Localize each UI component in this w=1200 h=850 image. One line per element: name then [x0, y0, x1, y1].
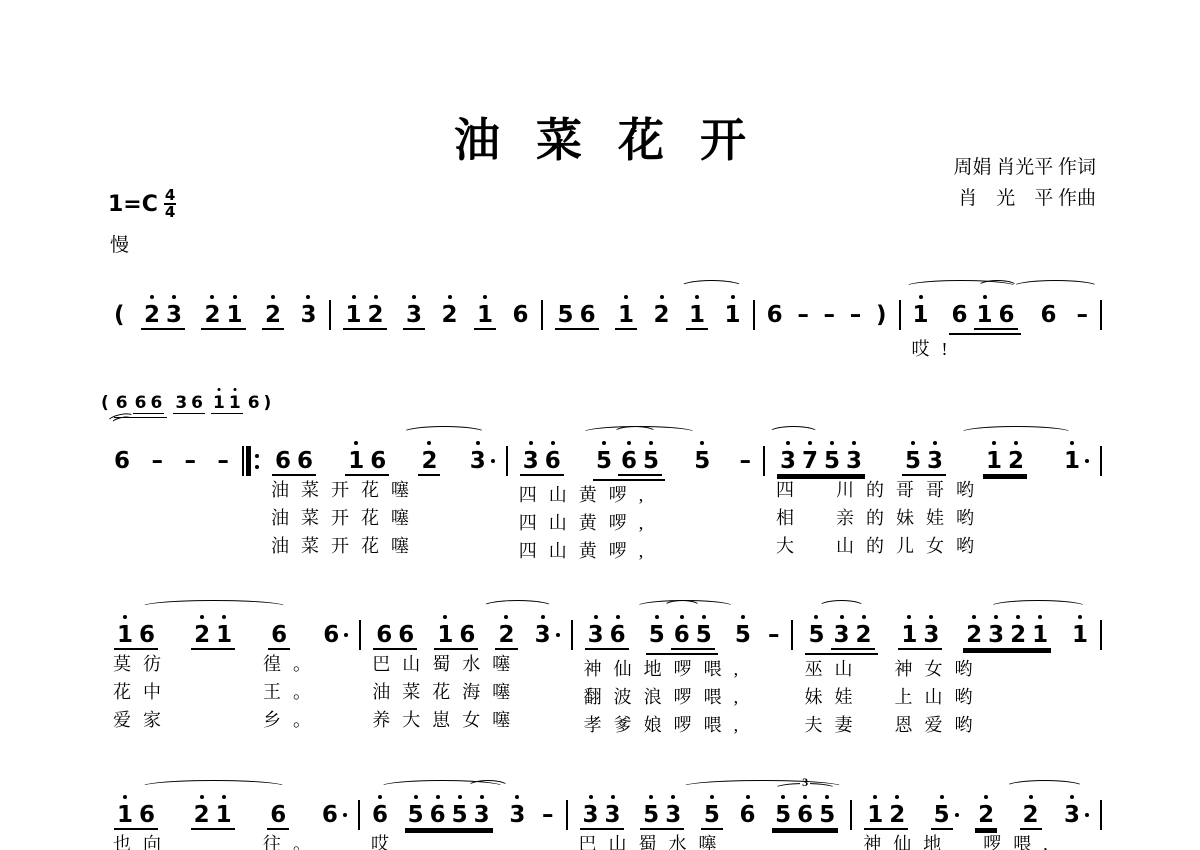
note: 6: [1041, 292, 1057, 328]
measure: (232123: [105, 278, 326, 330]
octave-dot: [374, 295, 378, 299]
tuplet-number: 3: [800, 775, 810, 790]
octave-dot: [150, 295, 154, 299]
octave-dot: [919, 295, 923, 299]
note: 6: [767, 292, 783, 328]
note: 5: [558, 292, 574, 328]
dash-note: –: [217, 438, 229, 474]
octave-dot: [210, 295, 214, 299]
beam-group: 1: [474, 292, 496, 330]
measure-notes: 365655–: [576, 598, 789, 655]
notation-row: (2321231232165612116–––)16166–哎!: [105, 278, 1105, 363]
lyric-line: 相 亲的妹娃哟: [768, 504, 1097, 532]
note: 6: [797, 792, 813, 828]
note: 6: [114, 438, 130, 474]
note: 1: [1072, 612, 1088, 648]
octave-dot: [200, 795, 204, 799]
key-label: 1=C: [108, 192, 158, 217]
note: 2: [1008, 438, 1024, 474]
lyric-line: 花中 王。: [105, 678, 356, 706]
octave-dot: [378, 795, 382, 799]
note: 3: [535, 612, 551, 648]
note: 5: [808, 612, 824, 648]
measure: 162166莫彷 徨。花中 王。爱家 乡。: [105, 598, 356, 734]
dash-note: –: [1077, 292, 1089, 328]
note: 6: [322, 792, 338, 828]
measure-notes: 16166–: [904, 278, 1098, 335]
barline: [899, 300, 901, 330]
lyric-line: 大 山的儿女哟: [768, 532, 1097, 560]
lyric-line: 四山黄啰,: [511, 537, 760, 565]
octave-dot: [814, 615, 818, 619]
augmentation-dot: [1085, 813, 1089, 817]
augmentation-dot: [344, 633, 348, 637]
note: 1: [901, 612, 917, 648]
octave-dot: [427, 441, 431, 445]
measure-notes: 6–––: [105, 424, 238, 474]
note: 6: [370, 438, 386, 474]
beam-group: 565: [646, 612, 718, 655]
augmentation-dot: [343, 813, 347, 817]
lyricist-credit: 周娟 肖光平 作词: [953, 152, 1096, 183]
note: 6: [674, 612, 690, 648]
lyric-line: 妹娃 上山哟: [796, 683, 1097, 711]
octave-dot: [983, 295, 987, 299]
octave-dot: [412, 295, 416, 299]
note: 5: [819, 792, 835, 828]
octave-dot: [808, 441, 812, 445]
parenthesis: ): [264, 386, 272, 413]
beam-group: 565: [593, 438, 665, 481]
octave-dot: [458, 795, 462, 799]
octave-dot: [895, 795, 899, 799]
dash-note: –: [850, 292, 862, 328]
octave-dot: [476, 441, 480, 445]
note: 5: [643, 438, 659, 474]
beam-group: 12: [864, 792, 908, 830]
measure: 365655–四山黄啰,四山黄啰,四山黄啰,: [511, 424, 760, 565]
lyric-line: 油菜开花噻: [263, 504, 503, 532]
composer-credit: 肖 光 平 作曲: [953, 183, 1096, 214]
measure-notes: 162166: [105, 598, 356, 650]
octave-dot: [680, 615, 684, 619]
octave-dot: [1014, 441, 1018, 445]
octave-dot: [700, 441, 704, 445]
note: 2: [654, 292, 670, 328]
note: 6: [376, 612, 392, 648]
barline: [753, 300, 755, 330]
octave-dot: [515, 795, 519, 799]
note: 3: [509, 792, 525, 828]
octave-dot: [222, 795, 226, 799]
beam-group: 11: [211, 386, 243, 414]
measure-notes: 656533–: [363, 778, 563, 830]
note: 1: [216, 612, 232, 648]
octave-dot: [233, 388, 236, 391]
lyric-line: 哎: [363, 830, 563, 850]
measure: 656533–哎: [363, 778, 563, 850]
octave-dot: [731, 295, 735, 299]
barline: [791, 620, 793, 650]
note: 1: [346, 292, 362, 328]
octave-dot: [862, 615, 866, 619]
octave-dot: [551, 441, 555, 445]
note: 6: [275, 438, 291, 474]
beam-group: 53: [640, 792, 684, 830]
octave-dot: [483, 295, 487, 299]
beam-group: 33: [580, 792, 624, 830]
note: 2: [194, 792, 210, 828]
beam-group: 66: [133, 386, 165, 414]
octave-dot: [1029, 795, 1033, 799]
measure: 365655–神仙地啰喂,翻波浪啰喂,孝爹娘啰喂,: [576, 598, 789, 739]
measure-notes: 661623: [364, 598, 567, 650]
barline: [763, 446, 765, 476]
note: 6: [398, 612, 414, 648]
dash-note: –: [824, 292, 836, 328]
octave-dot: [414, 795, 418, 799]
octave-dot: [541, 615, 545, 619]
parenthesis: ): [876, 292, 887, 328]
note: 6: [139, 792, 155, 828]
note: 1: [913, 292, 929, 328]
lyric-line: 油菜开花噻: [263, 476, 503, 504]
beam-group: 12: [343, 292, 387, 330]
note: 2: [1010, 612, 1026, 648]
octave-dot: [1078, 615, 1082, 619]
barline: [1100, 620, 1102, 650]
note: 5: [696, 612, 712, 648]
notation-row: 6–––661623油菜开花噻油菜开花噻油菜开花噻365655–四山黄啰,四山黄…: [105, 424, 1105, 565]
octave-dot: [616, 615, 620, 619]
octave-dot: [504, 615, 508, 619]
note: 2: [421, 438, 437, 474]
note: 6: [459, 612, 475, 648]
note: 2: [204, 292, 220, 328]
octave-dot: [1016, 615, 1020, 619]
note: 2: [265, 292, 281, 328]
octave-dot: [443, 615, 447, 619]
music-system-2: (66636116)6–––661623油菜开花噻油菜开花噻油菜开花噻36565…: [105, 388, 1105, 565]
note: 1: [213, 386, 225, 413]
octave-dot: [271, 295, 275, 299]
octave-dot: [746, 795, 750, 799]
beam-group: 66: [373, 612, 417, 650]
beam-group: 5: [931, 792, 953, 830]
lyric-line: 孝爹娘啰喂,: [576, 711, 789, 739]
parenthesis: (: [101, 386, 109, 413]
beam-group: 66: [272, 438, 316, 476]
time-signature: 4 4: [164, 188, 176, 220]
dash-note: –: [184, 438, 196, 474]
beam-group: 616: [949, 292, 1021, 335]
note: 1: [477, 292, 493, 328]
note: 1: [227, 292, 243, 328]
tuplet-group: 5653: [772, 792, 838, 830]
augmentation-dot: [1085, 459, 1089, 463]
note: 6: [430, 792, 446, 828]
octave-dot: [594, 615, 598, 619]
note: 3: [923, 612, 939, 648]
dash-note: –: [151, 438, 163, 474]
measure: 125223神仙地 啰喂,: [855, 778, 1097, 850]
note: 7: [802, 438, 818, 474]
barline: [329, 300, 331, 330]
note: 1: [689, 292, 705, 328]
octave-dot: [655, 615, 659, 619]
beam-group: 6: [267, 792, 289, 830]
beam-group: 1: [615, 292, 637, 330]
note: 2: [889, 792, 905, 828]
note: 5: [596, 438, 612, 474]
note: 6: [297, 438, 313, 474]
note: 3: [927, 438, 943, 474]
note: 5: [694, 438, 710, 474]
note: 1: [977, 292, 993, 328]
note: 3: [583, 792, 599, 828]
note: 2: [1023, 792, 1039, 828]
octave-dot: [172, 295, 176, 299]
octave-dot: [1038, 615, 1042, 619]
note: 1: [725, 292, 741, 328]
beam-group: 53: [902, 438, 946, 476]
lyric-line: 翻波浪啰喂,: [576, 683, 789, 711]
note: 6: [610, 612, 626, 648]
note: 1: [867, 792, 883, 828]
barline: [1100, 800, 1102, 830]
octave-dot: [695, 295, 699, 299]
beam-group: 532: [805, 612, 877, 655]
octave-dot: [710, 795, 714, 799]
octave-dot: [803, 795, 807, 799]
note: 5: [905, 438, 921, 474]
measure: 661623油菜开花噻油菜开花噻油菜开花噻: [263, 424, 503, 560]
lyric-line: 夫妻 恩爱哟: [796, 711, 1097, 739]
lyric-line: 神仙地 啰喂,: [855, 830, 1097, 850]
octave-dot: [624, 295, 628, 299]
note: 6: [512, 292, 528, 328]
measure: 3353565653巴山蜀水噻: [571, 778, 848, 850]
note: 1: [348, 438, 364, 474]
beam-group: 13: [898, 612, 942, 650]
note: 1: [216, 792, 232, 828]
barline: [358, 800, 360, 830]
octave-dot: [907, 615, 911, 619]
augmentation-dot: [955, 813, 959, 817]
octave-dot: [825, 795, 829, 799]
barline: [571, 620, 573, 650]
barline: [359, 620, 361, 650]
measure-notes: 6–––): [758, 278, 896, 328]
note: 3: [605, 792, 621, 828]
note: 5: [735, 612, 751, 648]
beam-group: 5: [701, 792, 723, 830]
note: 6: [191, 386, 203, 413]
note: 5: [408, 792, 424, 828]
note: 6: [999, 292, 1015, 328]
octave-dot: [929, 615, 933, 619]
octave-dot: [741, 615, 745, 619]
note: 3: [834, 612, 850, 648]
beam-group: 36: [520, 438, 564, 476]
beam-group: 2: [975, 792, 997, 830]
note: 5: [643, 792, 659, 828]
note: 3: [523, 438, 539, 474]
note: 6: [271, 612, 287, 648]
beam-group: 65: [671, 612, 715, 650]
lyric-line: 巴山蜀水噻: [571, 830, 848, 850]
tempo-marking: 慢: [110, 230, 129, 257]
note: 3: [406, 292, 422, 328]
octave-dot: [436, 795, 440, 799]
measure: 16166–哎!: [904, 278, 1098, 363]
note: 3: [780, 438, 796, 474]
beam-group: 16: [974, 292, 1018, 330]
beam-group: 2: [495, 612, 517, 650]
measure-notes: 561211: [546, 278, 750, 330]
beam-group: 21: [201, 292, 245, 330]
octave-dot: [972, 615, 976, 619]
lyric-line: 巴山蜀水噻: [364, 650, 567, 678]
note: 3: [988, 612, 1004, 648]
lyric-line: 爱家 乡。: [105, 706, 356, 734]
lyric-line: 四 川的哥哥哟: [768, 476, 1097, 504]
measure-notes: 3353565653: [571, 778, 848, 830]
augmentation-dot: [491, 459, 495, 463]
octave-dot: [480, 795, 484, 799]
music-system-1: (2321231232165612116–––)16166–哎!: [105, 278, 1105, 363]
note: 1: [117, 612, 133, 648]
lyric-line: 也向 往。: [105, 830, 355, 850]
note: 6: [580, 292, 596, 328]
lyric-line: 哎!: [904, 335, 1098, 363]
dash-note: –: [768, 612, 780, 648]
note: 6: [621, 438, 637, 474]
note: 5: [775, 792, 791, 828]
octave-dot: [589, 795, 593, 799]
note: 6: [740, 792, 756, 828]
dash-note: –: [739, 438, 751, 474]
lyric-line: 油菜花海噻: [364, 678, 567, 706]
octave-dot: [671, 795, 675, 799]
credits: 周娟 肖光平 作词 肖 光 平 作曲: [953, 152, 1096, 214]
lyric-line: 养大崽女噻: [364, 706, 567, 734]
octave-dot: [217, 388, 220, 391]
measure: 5321323211巫山 神女哟妹娃 上山哟夫妻 恩爱哟: [796, 598, 1097, 739]
beam-group: 12: [983, 438, 1027, 476]
note: 6: [116, 386, 128, 413]
note: 2: [194, 612, 210, 648]
note: 2: [978, 792, 994, 828]
beam-group: 1: [686, 292, 708, 330]
lyric-line: 四山黄啰,: [511, 481, 760, 509]
octave-dot: [306, 295, 310, 299]
octave-dot: [354, 441, 358, 445]
note: 1: [117, 792, 133, 828]
note: 6: [372, 792, 388, 828]
beam-group: 32: [831, 612, 875, 650]
dash-note: –: [797, 292, 809, 328]
octave-dot: [994, 615, 998, 619]
octave-dot: [781, 795, 785, 799]
note: 6: [150, 386, 162, 413]
note: 1: [1064, 438, 1080, 474]
note: 3: [470, 438, 486, 474]
parenthesis: (: [114, 292, 125, 328]
octave-dot: [1070, 441, 1074, 445]
beam-group: 2: [418, 438, 440, 476]
note: 1: [437, 612, 453, 648]
octave-dot: [222, 615, 226, 619]
beam-group: 3753: [777, 438, 865, 476]
notation-row: 162166莫彷 徨。花中 王。爱家 乡。661623巴山蜀水噻油菜花海噻养大崽…: [105, 598, 1105, 739]
beam-group: 36: [585, 612, 629, 650]
octave-dot: [1070, 795, 1074, 799]
octave-dot: [702, 615, 706, 619]
measure-notes: 162166: [105, 778, 355, 830]
octave-dot: [786, 441, 790, 445]
note: 2: [368, 292, 384, 328]
beam-group: 65: [618, 438, 662, 476]
octave-dot: [123, 795, 127, 799]
beam-group: 2: [262, 292, 284, 330]
note: 6: [323, 612, 339, 648]
beam-group: 2321: [963, 612, 1051, 650]
octave-dot: [352, 295, 356, 299]
barline: [850, 800, 852, 830]
barline: [506, 446, 508, 476]
note: 3: [474, 792, 490, 828]
beam-group: 16: [114, 612, 158, 650]
key-signature: 1=C 4 4: [108, 188, 176, 220]
measure: 561211: [546, 278, 750, 330]
note: 6: [248, 386, 260, 413]
beam-group: 21: [191, 792, 235, 830]
octave-dot: [852, 441, 856, 445]
music-system-3: 162166莫彷 徨。花中 王。爱家 乡。661623巴山蜀水噻油菜花海噻养大崽…: [105, 598, 1105, 739]
note: 3: [588, 612, 604, 648]
repeat-begin-barline: [242, 446, 259, 476]
octave-dot: [840, 615, 844, 619]
beam-group: 2: [1020, 792, 1042, 830]
note: 3: [300, 292, 316, 328]
octave-dot: [660, 295, 664, 299]
beam-group: 16: [345, 438, 389, 476]
note: 5: [452, 792, 468, 828]
lyric-line: 莫彷 徨。: [105, 650, 356, 678]
augmentation-dot: [556, 633, 560, 637]
note: 5: [649, 612, 665, 648]
sheet-music-page: 油菜花开 周娟 肖光平 作词 肖 光 平 作曲 1=C 4 4 慢 (23212…: [0, 0, 1200, 850]
octave-dot: [602, 441, 606, 445]
lyric-line: 神仙地啰喂,: [576, 655, 789, 683]
note: 3: [166, 292, 182, 328]
beam-group: 23: [141, 292, 185, 330]
barline: [541, 300, 543, 330]
note: 6: [952, 292, 968, 328]
note: 1: [1032, 612, 1048, 648]
note: 1: [229, 386, 241, 413]
note: 2: [442, 292, 458, 328]
note: 3: [175, 386, 187, 413]
note: 3: [1064, 792, 1080, 828]
note: 2: [966, 612, 982, 648]
measure-notes: 365655–: [511, 424, 760, 481]
lyric-line: 巫山 神女哟: [796, 655, 1097, 683]
music-system-4: 162166也向 往。656533–哎3353565653巴山蜀水噻125223…: [105, 778, 1105, 850]
octave-dot: [611, 795, 615, 799]
measure: 162166也向 往。: [105, 778, 355, 850]
